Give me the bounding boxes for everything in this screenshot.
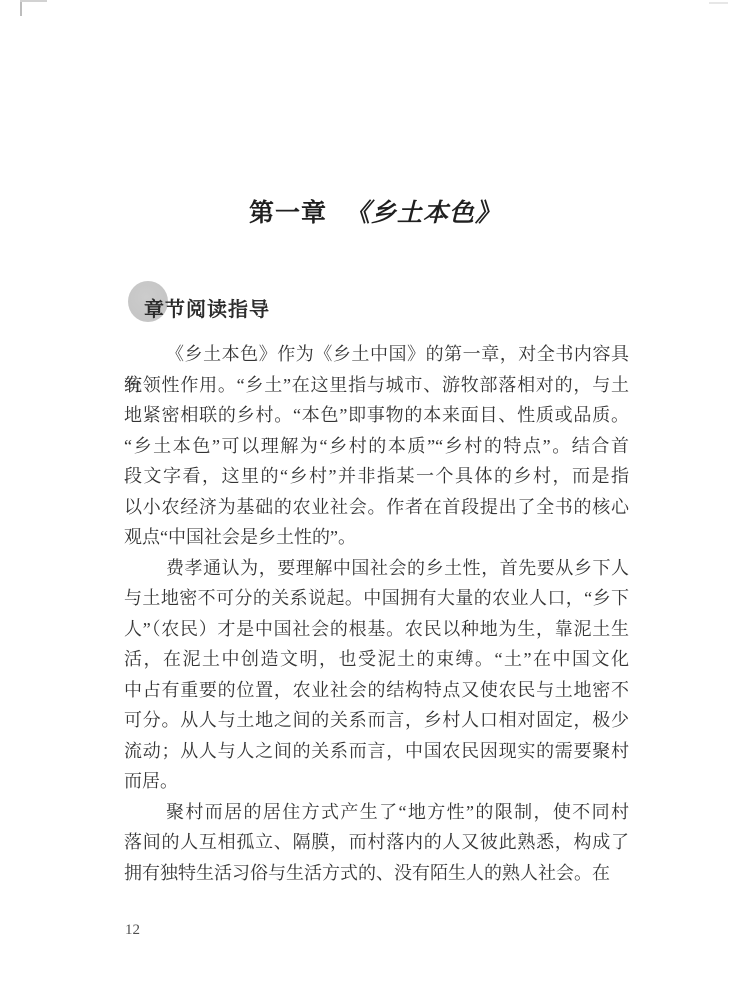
paragraph-line: 与土地密不可分的关系说起。中国拥有大量的农业人口，“乡下 [124, 583, 629, 614]
paragraph-line: 而居。 [124, 766, 629, 797]
book-page: 第一章 《乡土本色》 章节阅读指导 《乡土本色》作为《乡土中国》的第一章，对全书… [0, 0, 750, 1000]
paragraph: 聚村而居的居住方式产生了“地方性”的限制，使不同村落间的人互相孤立、隔膜，而村落… [124, 797, 629, 889]
paragraph-line: “乡土本色”可以理解为“乡村的本质”“乡村的特点”。结合首 [124, 431, 629, 462]
chapter-number: 第一章 [249, 197, 327, 231]
paragraph-line: 费孝通认为，要理解中国社会的乡土性，首先要从乡下人 [124, 553, 629, 584]
chapter-book-title: 《乡土本色》 [345, 197, 501, 231]
chapter-title: 第一章 《乡土本色》 [0, 197, 750, 231]
paragraph-line: 观点“中国社会是乡土性的”。 [124, 522, 629, 553]
paragraph-line: 统领性作用。“乡土”在这里指与城市、游牧部落相对的，与土 [124, 370, 629, 401]
paragraph-line: 活，在泥土中创造文明，也受泥土的束缚。“土”在中国文化 [124, 644, 629, 675]
paragraph-line: 地紧密相联的乡村。“本色”即事物的本来面目、性质或品质。 [124, 400, 629, 431]
page-number: 12 [125, 921, 140, 939]
scan-crop-mark-top-right [709, 2, 728, 4]
body-paragraphs: 《乡土本色》作为《乡土中国》的第一章，对全书内容具有统领性作用。“乡土”在这里指… [124, 339, 629, 888]
scan-crop-mark-top-left-vertical [20, 0, 22, 16]
paragraph-line: 流动；从人与人之间的关系而言，中国农民因现实的需要聚村 [124, 736, 629, 767]
paragraph-line: 中占有重要的位置，农业社会的结构特点又使农民与土地密不 [124, 675, 629, 706]
paragraph-line: 《乡土本色》作为《乡土中国》的第一章，对全书内容具有 [124, 339, 629, 370]
paragraph-line: 落间的人互相孤立、隔膜，而村落内的人又彼此熟悉，构成了 [124, 827, 629, 858]
paragraph-line: 以小农经济为基础的农业社会。作者在首段提出了全书的核心 [124, 492, 629, 523]
paragraph-line: 拥有独特生活习俗与生活方式的、没有陌生人的熟人社会。在 [124, 858, 629, 889]
scan-crop-mark-top-left-horizontal [20, 0, 47, 2]
paragraph: 《乡土本色》作为《乡土中国》的第一章，对全书内容具有统领性作用。“乡土”在这里指… [124, 339, 629, 553]
paragraph: 费孝通认为，要理解中国社会的乡土性，首先要从乡下人与土地密不可分的关系说起。中国… [124, 553, 629, 797]
paragraph-line: 段文字看，这里的“乡村”并非指某一个具体的乡村，而是指 [124, 461, 629, 492]
section-heading: 章节阅读指导 [144, 296, 270, 324]
paragraph-line: 可分。从人与土地之间的关系而言，乡村人口相对固定，极少 [124, 705, 629, 736]
paragraph-line: 聚村而居的居住方式产生了“地方性”的限制，使不同村 [124, 797, 629, 828]
paragraph-line: 人”（农民）才是中国社会的根基。农民以种地为生，靠泥土生 [124, 614, 629, 645]
